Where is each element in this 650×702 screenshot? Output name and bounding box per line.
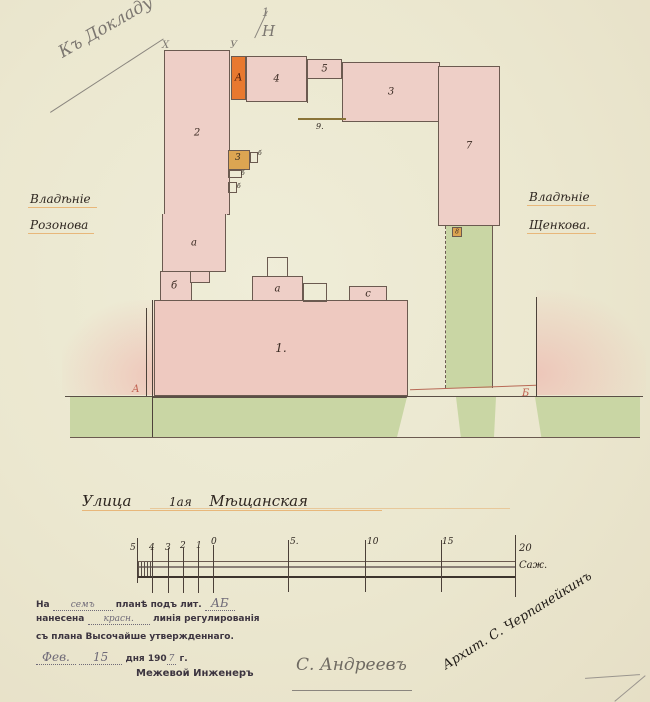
scale-label-4: 4 bbox=[149, 543, 155, 553]
annex-b-step bbox=[190, 271, 210, 283]
building-a-left: а bbox=[162, 214, 226, 272]
boundary-left-lot bbox=[152, 300, 153, 437]
building-1: 1. bbox=[154, 300, 408, 396]
building-a-center: а bbox=[252, 276, 303, 301]
green-yard bbox=[446, 226, 493, 388]
neighbor-left-line1: Владѣнiе bbox=[28, 192, 97, 208]
building-A: А bbox=[231, 56, 246, 100]
street-underline-long bbox=[150, 508, 510, 509]
neighbor-left-line2: Розонова bbox=[28, 218, 94, 234]
cert-line2-fill: красн. bbox=[88, 614, 150, 625]
fence-9-label: 9. bbox=[316, 122, 324, 131]
cert-date-day: 15 bbox=[79, 650, 122, 665]
scale-tick-1 bbox=[198, 548, 199, 593]
signature-architect: Архит. С. Черпанейкинъ bbox=[440, 569, 595, 673]
porch-top bbox=[267, 257, 288, 277]
building-2: 2 bbox=[164, 50, 230, 215]
cert-date-month: Фев. bbox=[36, 650, 76, 665]
building-8: 8 bbox=[452, 227, 462, 237]
building-c: с bbox=[349, 286, 387, 301]
shed-b2 bbox=[228, 170, 242, 178]
sidewalk-left bbox=[70, 397, 152, 437]
cert-date: Фев. 15 дня 1907 г. bbox=[36, 650, 306, 668]
scale-tick-10 bbox=[365, 540, 366, 592]
cert-line1-mid: планѣ подъ лит. bbox=[116, 600, 202, 610]
scale-label-5-left: 5 bbox=[130, 543, 136, 553]
signature-engineer: С. Андреевъ bbox=[296, 655, 407, 675]
scale-label-2: 2 bbox=[180, 541, 186, 551]
scale-label-15: 15 bbox=[442, 537, 453, 547]
boundary-left bbox=[146, 308, 147, 396]
scale-hatch bbox=[138, 562, 152, 576]
cert-title: Межевой Инженеръ bbox=[36, 668, 306, 679]
shed-b1 bbox=[250, 152, 258, 163]
corner-pencil-mark bbox=[585, 674, 640, 679]
sidewalk-middle bbox=[456, 397, 496, 437]
corner-mark-y: У bbox=[230, 40, 237, 51]
cert-line1-fill2: АБ bbox=[205, 596, 235, 611]
cert-line1-fill: семъ bbox=[53, 600, 113, 611]
cert-line-2: нанесена красн. линiя регулированiя bbox=[36, 614, 306, 632]
regulation-mark-left: А bbox=[132, 384, 140, 395]
building-3-label-text: 3 bbox=[235, 153, 241, 163]
scale-unit: Саж. bbox=[519, 560, 547, 571]
building-4: 4 bbox=[246, 56, 307, 102]
sidewalk-center bbox=[152, 397, 407, 438]
scale-line-mid bbox=[137, 566, 515, 568]
scale-label-1: 1 bbox=[196, 541, 202, 551]
boundary-right bbox=[536, 297, 537, 397]
sidewalk-bottom-line bbox=[70, 437, 640, 438]
cert-line-1: На семъ планѣ подъ лит. АБ bbox=[36, 596, 306, 614]
corner-pencil-stroke bbox=[614, 675, 645, 701]
scale-label-10: 10 bbox=[367, 537, 378, 547]
scale-label-0: 0 bbox=[211, 537, 217, 547]
shed-b2-label: б bbox=[241, 170, 245, 177]
shed-b3-label: б bbox=[237, 183, 241, 190]
shed-b3 bbox=[228, 182, 237, 193]
yard-dashed-line bbox=[445, 226, 446, 388]
cert-date-mid: дня 190 bbox=[125, 654, 166, 664]
cert-line1-prefix: На bbox=[36, 600, 50, 610]
neighbor-right-line1: Владѣнiе bbox=[527, 190, 596, 206]
cert-line-3: съ плана Высочайше утвержденнаго. bbox=[36, 632, 306, 650]
street-word: Улица bbox=[82, 492, 131, 510]
scale-tick-2 bbox=[183, 548, 184, 593]
regulation-mark-right: Б bbox=[522, 388, 529, 399]
certification-block: На семъ планѣ подъ лит. АБ нанесена крас… bbox=[36, 596, 306, 679]
cert-line2-prefix: нанесена bbox=[36, 614, 84, 624]
passage-5 bbox=[307, 79, 344, 103]
sidewalk-right bbox=[535, 397, 640, 437]
scale-tick-3 bbox=[168, 548, 169, 593]
scale-tick-5-left bbox=[137, 538, 138, 583]
porch-side bbox=[303, 283, 327, 302]
scale-tick-15 bbox=[441, 540, 442, 592]
street-ordinal: 1ая bbox=[169, 495, 192, 509]
building-6: 3 bbox=[342, 62, 440, 122]
shed-b1-label: б bbox=[258, 150, 262, 157]
neighbor-right-line2: Щенкова. bbox=[527, 218, 596, 234]
cert-date-suffix: г. bbox=[180, 654, 188, 664]
building-5: 5 bbox=[307, 59, 342, 79]
scale-tick-4 bbox=[152, 548, 153, 593]
scale-label-20: 20 bbox=[519, 543, 532, 554]
scale-line-bottom bbox=[137, 576, 515, 578]
pink-wash-right bbox=[536, 290, 646, 395]
building-b: б bbox=[160, 271, 192, 301]
scale-label-5: 5. bbox=[290, 537, 299, 547]
cert-line2-suffix: линiя регулированiя bbox=[153, 614, 260, 624]
scale-label-3: 3 bbox=[165, 543, 171, 553]
pink-wash-left bbox=[62, 300, 154, 395]
signature-engineer-underline bbox=[292, 690, 412, 691]
scale-tick-20 bbox=[515, 535, 516, 597]
cert-date-year: 7 bbox=[167, 654, 177, 665]
fence-9 bbox=[298, 118, 346, 120]
scale-tick-5 bbox=[288, 540, 289, 592]
scale-line-top bbox=[137, 561, 515, 562]
building-7: 7 bbox=[438, 66, 500, 226]
sheet-mark-denominator: Н bbox=[262, 22, 275, 40]
scale-tick-0 bbox=[213, 545, 214, 593]
